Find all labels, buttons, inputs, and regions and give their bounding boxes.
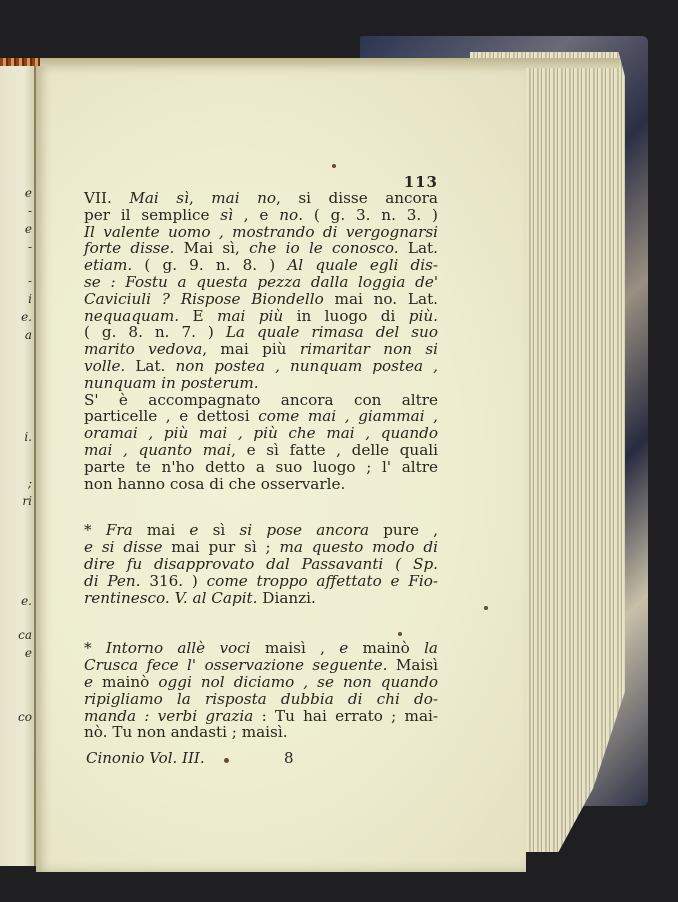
text-line: e mainò oggi nol diciamo , se non quando [84, 674, 438, 691]
left-page-text-fragment: i [0, 292, 32, 306]
left-page-text-fragment: i. [0, 430, 32, 444]
text-line: manda : verbi grazia : Tu hai errato ; m… [84, 708, 438, 725]
text-line: mai , quanto mai, e sì fatte , delle qua… [84, 442, 438, 459]
left-page-text-fragment: ; [0, 476, 32, 490]
footnote-1: * Fra mai e sì si pose ancora pure ,e si… [84, 522, 438, 606]
text-line: se : Fostu a questa pezza dalla loggia d… [84, 274, 438, 291]
left-page-text-fragment: co [0, 710, 32, 724]
text-line: di Pen. 316. ) come troppo affettato e F… [84, 573, 438, 590]
text-line: rentinesco. V. al Capit. Dianzi. [84, 590, 438, 607]
text-line: * Intorno allè voci maisì , e mainò la [84, 640, 438, 657]
left-page-text-fragment: e [0, 222, 32, 236]
text-line: ( g. 8. n. 7. ) La quale rimasa del suo [84, 324, 438, 341]
left-page-text-fragment: e. [0, 594, 32, 608]
text-line: parte te n'ho detto a suo luogo ; l' alt… [84, 459, 438, 476]
text-line: ripigliamo la risposta dubbia di chi do- [84, 691, 438, 708]
main-paragraph: VII. Mai sì, mai no, si disse ancoraper … [84, 190, 438, 392]
text-line: Crusca fece l' osservazione seguente. Ma… [84, 657, 438, 674]
left-page-text-fragment: ca [0, 628, 32, 642]
text-line: e si disse mai pur sì ; ma questo modo d… [84, 539, 438, 556]
left-page-text-fragment: e. [0, 310, 32, 324]
text-line: etiam. ( g. 9. n. 8. ) Al quale egli dis… [84, 257, 438, 274]
text-line: * Fra mai e sì si pose ancora pure , [84, 522, 438, 539]
left-page: e-e--ie.ai.;rie.caeco [0, 66, 36, 866]
footnote-2: * Intorno allè voci maisì , e mainò laCr… [84, 640, 438, 741]
text-line: S' è accompagnato ancora con altre [84, 392, 438, 409]
text-line: Caviciuli ? Rispose Biondello mai no. La… [84, 291, 438, 308]
text-line: marito vedova, mai più rimaritar non si [84, 341, 438, 358]
text-line: volle. Lat. non postea , nunquam postea … [84, 358, 438, 375]
left-page-text-fragment: a [0, 328, 32, 342]
left-page-text-fragment: e [0, 186, 32, 200]
second-paragraph: S' è accompagnato ancora con altrepartic… [84, 392, 438, 493]
page-number: 113 [404, 174, 438, 191]
sheet-mark: 8 [284, 749, 294, 767]
signature-line: Cinonio Vol. III. [86, 749, 205, 767]
left-page-text-fragment: - [0, 240, 32, 254]
text-line: per il semplice sì , e no. ( g. 3. n. 3.… [84, 207, 438, 224]
left-page-text-fragment: - [0, 274, 32, 288]
book-photo: e-e--ie.ai.;rie.caeco 113 VII. Mai sì, m… [0, 0, 678, 902]
page-text: 113 VII. Mai sì, mai no, si disse ancora… [84, 178, 438, 741]
foxing-spot [484, 606, 488, 610]
text-line: nequaquam. E mai più in luogo di più. [84, 308, 438, 325]
text-line: nunquam in posterum. [84, 375, 438, 392]
text-line: VII. Mai sì, mai no, si disse ancora [84, 190, 438, 207]
left-page-text-fragment: e [0, 646, 32, 660]
text-line: non hanno cosa di che osservarle. [84, 476, 438, 493]
text-line: dire fu disapprovato dal Passavanti ( Sp… [84, 556, 438, 573]
left-page-text-fragment: - [0, 204, 32, 218]
text-line: forte disse. Mai sì, che io le conosco. … [84, 240, 438, 257]
headband [0, 58, 40, 66]
text-line: Il valente uomo , mostrando di vergognar… [84, 224, 438, 241]
left-page-text-fragment: ri [0, 494, 32, 508]
foxing-spot [332, 164, 336, 168]
text-line: oramai , più mai , più che mai , quando [84, 425, 438, 442]
text-line: particelle , e dettosi come mai , giamma… [84, 408, 438, 425]
foxing-spot [224, 758, 229, 763]
text-line: nò. Tu non andasti ; maisì. [84, 724, 438, 741]
